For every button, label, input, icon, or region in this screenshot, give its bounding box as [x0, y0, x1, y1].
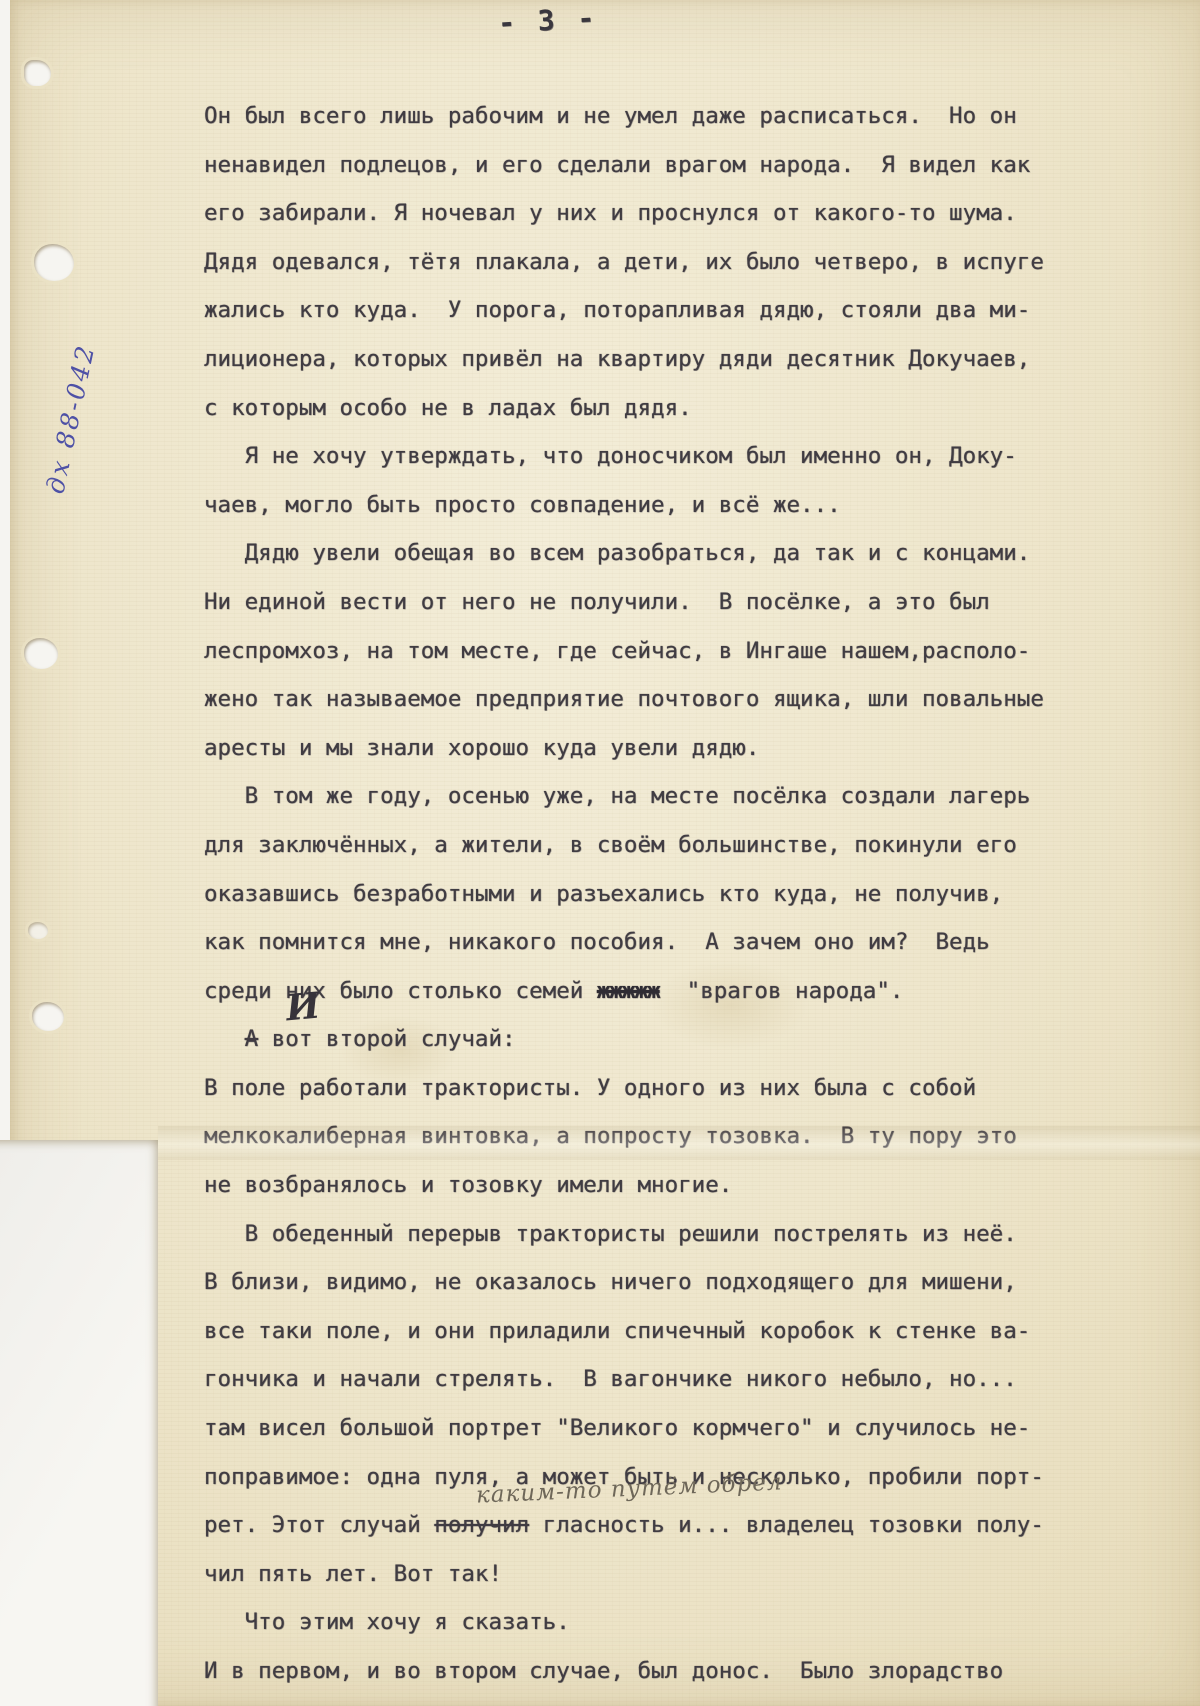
- typed-text: И в первом, и во втором случае, был доно…: [204, 1658, 1003, 1684]
- typed-line: Ни единой вести от него не получили. В п…: [204, 578, 1104, 627]
- typed-line: В близи, видимо, не оказалось ничего под…: [204, 1258, 1104, 1307]
- punch-hole: [24, 638, 58, 669]
- typed-text: Я не хочу утверждать, что доносчиком был…: [204, 443, 1017, 469]
- typed-text: Ни единой вести от него не получили. В п…: [204, 589, 990, 615]
- typed-line: для заключённых, а жители, в своём больш…: [204, 821, 1104, 870]
- typed-line: как помнится мне, никакого пособия. А за…: [204, 918, 1104, 967]
- typed-text: для заключённых, а жители, в своём больш…: [204, 832, 1017, 858]
- typed-line: среди них было столько семей жжжжж "враг…: [204, 967, 1104, 1016]
- typed-text: мелкокалиберная винтовка, а попросту тоз…: [204, 1123, 1017, 1149]
- typed-text-block: Он был всего лишь рабочим и не умел даже…: [204, 92, 1104, 1696]
- typed-line: А вот второй случай:И: [204, 1015, 1104, 1064]
- typed-line: В том же году, осенью уже, на месте посё…: [204, 772, 1104, 821]
- typed-text: чил пять лет. Вот так!: [204, 1561, 502, 1587]
- torn-corner-background: [0, 1140, 158, 1706]
- typed-text: Дядю увели обещая во всем разобраться, д…: [204, 540, 1030, 566]
- typed-line: Дядю увели обещая во всем разобраться, д…: [204, 529, 1104, 578]
- typed-text: как помнится мне, никакого пособия. А за…: [204, 929, 990, 955]
- typed-line: лиционера, которых привёл на квартиру дя…: [204, 335, 1104, 384]
- typed-text: Дядя одевался, тётя плакала, а дети, их …: [204, 249, 1044, 275]
- typed-line: чаев, могло быть просто совпадение, и вс…: [204, 481, 1104, 530]
- typed-line: Он был всего лишь рабочим и не умел даже…: [204, 92, 1104, 141]
- typed-strikeout: А: [245, 1026, 259, 1052]
- typed-line: леспромхоз, на том месте, где сейчас, в …: [204, 627, 1104, 676]
- typed-text: жено так называемое предприятие почтовог…: [204, 686, 1044, 712]
- punch-hole: [28, 922, 48, 939]
- typed-line: аресты и мы знали хорошо куда увели дядю…: [204, 724, 1104, 773]
- paper-sheet: - 3 - дх 88-042 Он был всего лишь рабочи…: [10, 0, 1200, 1706]
- punch-hole: [32, 1002, 64, 1031]
- margin-note-handwritten: дх 88-042: [32, 303, 113, 535]
- punch-hole: [24, 60, 51, 86]
- typed-text: ненавидел подлецов, и его сделали врагом…: [204, 152, 1030, 178]
- typed-text: чаев, могло быть просто совпадение, и вс…: [204, 492, 841, 518]
- typed-line: рет. Этот случай получил гласность и... …: [204, 1501, 1104, 1550]
- typed-line: И в первом, и во втором случае, был доно…: [204, 1647, 1104, 1696]
- typed-text: В поле работали трактористы. У одного из…: [204, 1075, 976, 1101]
- punch-hole: [34, 244, 74, 281]
- typed-text: с которым особо не в ладах был дядя.: [204, 395, 692, 421]
- typed-line: В поле работали трактористы. У одного из…: [204, 1064, 1104, 1113]
- typed-line: Дядя одевался, тётя плакала, а дети, их …: [204, 238, 1104, 287]
- typed-text: оказавшись безработными и разъехались кт…: [204, 881, 1003, 907]
- typed-line: там висел большой портрет "Великого корм…: [204, 1404, 1104, 1453]
- page-number: - 3 -: [497, 1, 598, 39]
- typed-text: В том же году, осенью уже, на месте посё…: [204, 783, 1030, 809]
- typed-text: В обеденный перерыв трактористы решили п…: [204, 1221, 1017, 1247]
- typed-line: Я не хочу утверждать, что доносчиком был…: [204, 432, 1104, 481]
- typed-line: с которым особо не в ладах был дядя.: [204, 384, 1104, 433]
- typed-text: лиционера, которых привёл на квартиру дя…: [204, 346, 1030, 372]
- typed-text: его забирали. Я ночевал у них и проснулс…: [204, 200, 1017, 226]
- typed-text: там висел большой портрет "Великого корм…: [204, 1415, 1030, 1441]
- typed-text: леспромхоз, на том месте, где сейчас, в …: [204, 638, 1030, 664]
- typed-text: "врагов народа".: [660, 978, 904, 1004]
- typed-line: чил пять лет. Вот так!: [204, 1550, 1104, 1599]
- typed-line: все таки поле, и они приладили спичечный…: [204, 1307, 1104, 1356]
- typed-strikeout: получил: [434, 1512, 529, 1538]
- typed-text: В близи, видимо, не оказалось ничего под…: [204, 1269, 1017, 1295]
- typed-text: аресты и мы знали хорошо куда увели дядю…: [204, 735, 759, 761]
- handwritten-correction: И: [284, 988, 321, 1027]
- typed-text: гласность и... владелец тозовки полу-: [529, 1512, 1044, 1538]
- typed-text: все таки поле, и они приладили спичечный…: [204, 1318, 1030, 1344]
- typed-text: не возбранялось и тозовку имели многие.: [204, 1172, 732, 1198]
- typed-text: жались кто куда. У порога, поторапливая …: [204, 297, 1030, 323]
- scan-background: { "colors": { "paper": "#eee6cc", "typed…: [0, 0, 1200, 1706]
- typed-line: жено так называемое предприятие почтовог…: [204, 675, 1104, 724]
- typed-line: жались кто куда. У порога, поторапливая …: [204, 286, 1104, 335]
- typed-line: не возбранялось и тозовку имели многие.: [204, 1161, 1104, 1210]
- typed-text: вот второй случай:: [258, 1026, 515, 1052]
- typed-text: Что этим хочу я сказать.: [204, 1609, 570, 1635]
- typed-line: В обеденный перерыв трактористы решили п…: [204, 1210, 1104, 1259]
- typed-text: [204, 1026, 245, 1052]
- typed-text: среди них было столько семей: [204, 978, 597, 1004]
- typed-text: Он был всего лишь рабочим и не умел даже…: [204, 103, 1017, 129]
- typed-line: Что этим хочу я сказать.: [204, 1598, 1104, 1647]
- typed-text: рет. Этот случай: [204, 1512, 434, 1538]
- typed-line: гончика и начали стрелять. В вагончике н…: [204, 1355, 1104, 1404]
- typed-line: оказавшись безработными и разъехались кт…: [204, 870, 1104, 919]
- typed-text: гончика и начали стрелять. В вагончике н…: [204, 1366, 1017, 1392]
- typed-line: его забирали. Я ночевал у них и проснулс…: [204, 189, 1104, 238]
- typed-line: мелкокалиберная винтовка, а попросту тоз…: [204, 1112, 1104, 1161]
- typed-line: ненавидел подлецов, и его сделали врагом…: [204, 141, 1104, 190]
- typed-strikeout-blot: жжжжж: [597, 978, 660, 1004]
